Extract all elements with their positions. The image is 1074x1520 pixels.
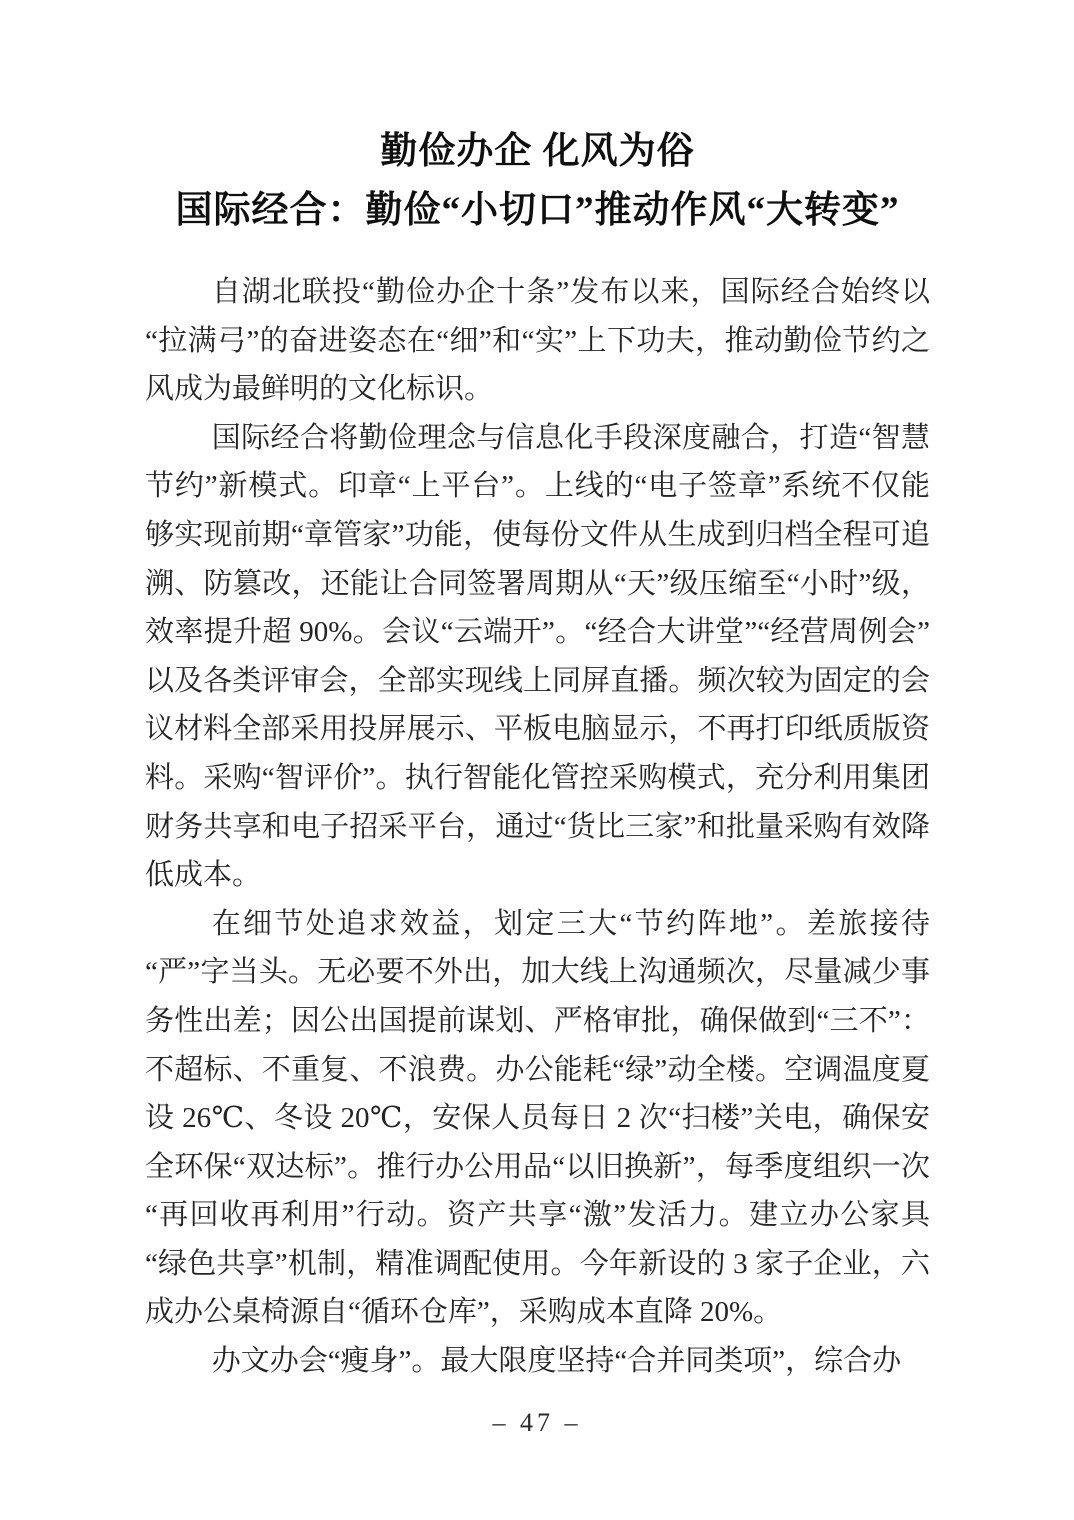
- body-paragraph: 自湖北联投“勤俭办企十条”发布以来，国际经合始终以“拉满弓”的奋进姿态在“细”和…: [145, 268, 930, 414]
- document-body: 自湖北联投“勤俭办企十条”发布以来，国际经合始终以“拉满弓”的奋进姿态在“细”和…: [145, 268, 930, 1386]
- document-subtitle: 国际经合：勤俭“小切口”推动作风“大转变”: [145, 181, 930, 240]
- body-paragraph: 国际经合将勤俭理念与信息化手段深度融合，打造“智慧节约”新模式。印章“上平台”。…: [145, 414, 930, 900]
- document-page: 勤俭办企 化风为俗 国际经合：勤俭“小切口”推动作风“大转变” 自湖北联投“勤俭…: [0, 0, 1074, 1520]
- document-title: 勤俭办企 化风为俗: [145, 122, 930, 181]
- body-paragraph: 办文办会“瘦身”。最大限度坚持“合并同类项”，综合办: [145, 1337, 930, 1386]
- body-paragraph: 在细节处追求效益，划定三大“节约阵地”。差旅接待“严”字当头。无必要不外出，加大…: [145, 900, 930, 1337]
- page-number: – 47 –: [0, 1408, 1074, 1438]
